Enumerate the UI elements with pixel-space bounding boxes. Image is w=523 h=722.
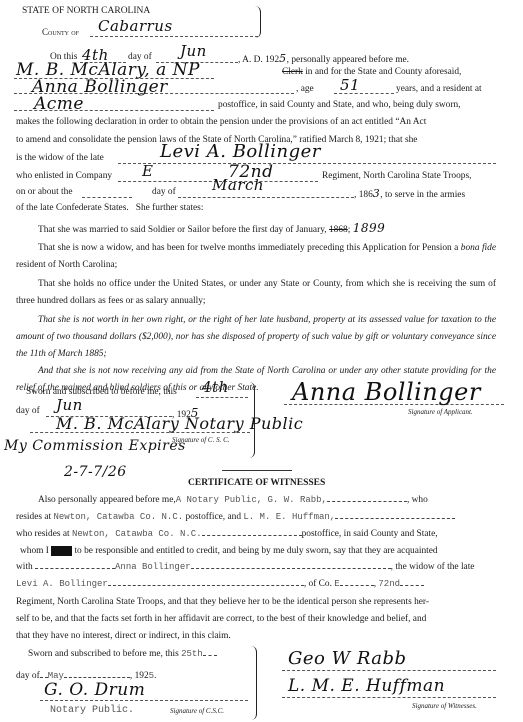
enlist-date-label: on or about the [16, 187, 73, 197]
further-states: of the late Confederate States. She furt… [16, 203, 203, 213]
witness-line-7: Regiment, North Carolina State Troops, a… [16, 597, 429, 607]
witness-line-3: who resides at Newton, Catawba Co. N.C.p… [16, 529, 438, 539]
witness-officer-signature: G. O. Drum [44, 680, 145, 700]
witness-line-5: with Anna Bollinger, the widow of the la… [16, 562, 474, 572]
age-rest: years, and a resident at [396, 84, 482, 94]
regiment-rest: Regiment, North Carolina State Troops, [322, 171, 471, 181]
witness-officer-caption: Signature of C.S.C. [170, 707, 224, 715]
witness-line-4: whom I know to be responsible and entitl… [20, 546, 438, 556]
postoffice-value: Acme [34, 94, 84, 114]
witness-oath-brace [250, 646, 257, 720]
county-brace [254, 6, 261, 38]
witness-line-8: self to be, and that the facts set forth… [16, 614, 426, 624]
enlist-year: , 1863, to serve in the armies [354, 187, 465, 200]
county-label: County of [42, 27, 79, 37]
statement-office: That she holds no office under the Unite… [16, 276, 496, 310]
applicant-day-of-label: day of [16, 406, 40, 416]
statement-widow: That she is now a widow, and has been fo… [16, 240, 496, 274]
witness-line-2: resides at Newton, Catawba Co. N.C. post… [16, 512, 455, 522]
witness-sworn-label: Sworn and subscribed to before me, this … [28, 649, 217, 659]
enlist-month-value: March [212, 176, 264, 194]
company-label: who enlisted in Company [16, 171, 112, 181]
act-line-1: makes the following declaration in order… [16, 117, 426, 127]
applicant-sworn-month: Jun [56, 396, 83, 414]
witness-officer-title: Notary Public. [50, 705, 134, 716]
applicant-signature: Anna Bollinger [292, 378, 481, 406]
age-label: , age [296, 84, 314, 94]
county-value: Cabarrus [98, 17, 173, 35]
commission-note: My Commission Expires [4, 438, 186, 454]
state-heading: STATE OF NORTH CAROLINA [22, 6, 150, 16]
statement-property: That she is not worth in her own right, … [16, 312, 496, 363]
witness-line-9: that they have no interest, direct or in… [16, 631, 231, 641]
witness-certificate-title: CERTIFICATE OF WITNESSES [188, 478, 325, 488]
applicant-officer-signature: M. B. McAlary Notary Public [56, 414, 303, 433]
applicant-sworn-label: Sworn and subscribed to before me, this [26, 387, 177, 397]
widow-of-label: is the widow of the late [16, 153, 104, 163]
witness-1-signature: Geo W Rabb [288, 648, 407, 669]
witness-line-1: Also personally appeared before me,A Not… [38, 495, 428, 505]
applicant-signature-caption: Signature of Applicant. [408, 408, 473, 416]
age-value: 51 [340, 76, 360, 94]
husband-value: Levi A. Bollinger [160, 141, 321, 162]
applicant-oath-brace [248, 382, 255, 458]
postoffice-rest: postoffice, in said County and State, an… [218, 100, 461, 110]
officer-line-rest: Clerk in and for the State and County af… [282, 67, 461, 77]
month-value: Jun [180, 42, 207, 60]
applicant-sworn-day: 4th [202, 378, 229, 396]
enlist-day-of: day of [152, 187, 176, 197]
witness-signature-caption: Signature of Witnesses. [412, 702, 477, 710]
company-value: E [142, 162, 153, 180]
commission-date: 2-7-7/26 [64, 464, 127, 480]
statement-married: That she was married to said Soldier or … [38, 221, 385, 235]
witness-2-signature: L. M. E. Huffman [288, 676, 445, 696]
witness-line-6: Levi A. Bollinger, of Co. E, 72nd [16, 579, 424, 589]
ad-label: , A. D. 1925, personally appeared before… [238, 52, 409, 65]
